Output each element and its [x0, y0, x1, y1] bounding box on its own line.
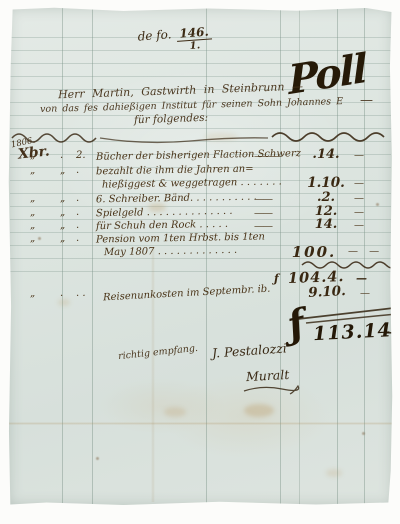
quantity: 2. — [76, 150, 86, 161]
receipt-note: richtig empfang. — [118, 343, 199, 362]
ditto-mark: . — [60, 288, 63, 299]
ditto-mark: „ — [30, 165, 35, 176]
ditto-mark: „ — [60, 165, 65, 176]
fold-crease-vertical — [151, 247, 155, 502]
signature-pestalozzi: J. Pestalozzi — [212, 340, 288, 360]
ditto-mark: „ — [60, 193, 65, 204]
row-text: Pension vom 1ten Hrbst. bis 1ten — [96, 232, 265, 246]
ditto-mark: „ — [60, 220, 65, 231]
ledger-row: „ . 2. Bücher der bisherigen Flaction Sc… — [8, 150, 393, 164]
ditto-mark: „ — [30, 220, 35, 231]
muralt-flourish — [242, 383, 302, 395]
foxing-stain — [326, 469, 342, 477]
row-text: 6. Schreiber. Bänd. . . . . . . . . . . — [96, 192, 257, 206]
ink-speck — [96, 457, 99, 460]
row-text: Reisenunkosten im Septembr. ib. — [103, 284, 271, 304]
row-amount: 9.10. — [302, 283, 353, 302]
fold-crease-horizontal — [8, 422, 393, 425]
ditto-mark: „ — [30, 207, 35, 218]
trail-dash: — — [354, 178, 364, 189]
row-text: bezahlt die ihm die Jahren an= — [96, 164, 254, 178]
trail-dash: — — [360, 288, 370, 299]
row-amount: .2. — [302, 190, 350, 205]
trail-dash: — — [354, 207, 364, 218]
folio-prefix: de fo. — [137, 27, 172, 43]
row-text: May 1807 . . . . . . . . . . . . . — [104, 245, 237, 258]
paper-sheet: de fo. 146. 1. Poll — Herr Martin, Gastw… — [8, 7, 393, 506]
scan-background: de fo. 146. 1. Poll — Herr Martin, Gastw… — [0, 0, 400, 524]
ditto-mark: . — [76, 220, 79, 231]
ditto-mark: „ — [30, 150, 35, 161]
row-text: Spielgeld . . . . . . . . . . . . . . — [96, 206, 233, 219]
ditto-mark: „ — [30, 233, 35, 244]
signature-muralt: Muralt — [246, 367, 290, 384]
folio-fraction: 146. 1. — [176, 24, 213, 52]
ditto-mark: . — [76, 165, 79, 176]
ditto-mark: „ — [60, 233, 65, 244]
subtotal-currency: ƒ — [274, 272, 279, 285]
folio-number: de fo. 146. 1. — [137, 24, 213, 55]
row-amount: 1.10. — [302, 175, 350, 191]
trail-dash: — — [384, 325, 396, 339]
trail-dash: — — [354, 193, 364, 204]
trail-dash: — — [356, 272, 367, 285]
row-text: für Schuh den Rock . . . . . — [96, 219, 228, 232]
row-amount: .14. — [302, 147, 350, 162]
ditto-mark: . — [60, 150, 63, 161]
ditto-mark: . — [76, 207, 79, 218]
trail-dash: — — [354, 150, 364, 161]
ditto-mark: „ — [60, 207, 65, 218]
ditto-mark: . . — [76, 288, 86, 299]
foxing-stain — [164, 407, 186, 417]
trail-dash: — — — [348, 246, 383, 257]
row-text: hießiggest & weggetragen . . . . . . . — [102, 176, 282, 190]
ditto-mark: „ — [30, 193, 35, 204]
name-flourish: Poll — [287, 49, 366, 101]
row-amount: 14. — [302, 217, 350, 232]
foxing-stain — [244, 404, 274, 417]
wavy-divider — [8, 127, 396, 147]
trail-dash: — — [354, 220, 364, 231]
foxing-stain — [58, 299, 70, 306]
ditto-mark: „ — [30, 288, 35, 299]
ditto-mark: . — [76, 193, 79, 204]
ink-speck — [362, 432, 365, 435]
ditto-mark: . — [76, 233, 79, 244]
flourish-dash: — — [360, 93, 373, 108]
